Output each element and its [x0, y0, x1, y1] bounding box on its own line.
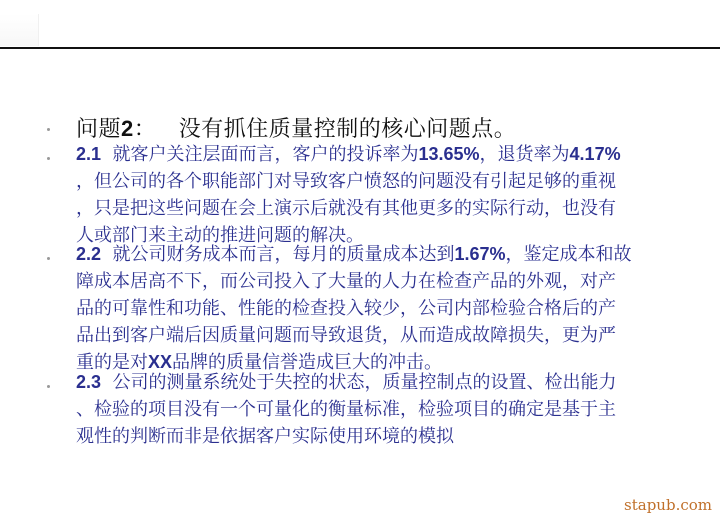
- item-2-2: 2.2 就公司财务成本而言，每月的质量成本达到1.67%，鉴定成本和故 障成本居…: [76, 241, 706, 376]
- complaint-rate: 13.65%: [418, 144, 479, 164]
- text-line: 观性的判断而非是依据客户实际使用环境的模拟: [76, 423, 706, 450]
- text-line: 、检验的项目没有一个可量化的衡量标准，检验项目的确定是基于主: [76, 396, 706, 423]
- header-rule: [0, 47, 720, 49]
- bullet-dot: [47, 257, 50, 260]
- watermark: stapub.com: [624, 496, 712, 514]
- logo-placeholder: [0, 14, 39, 46]
- text-line: 品出到客户端后因质量问题而导致退货，从而造成故障损失，更为严: [76, 322, 706, 349]
- text: 公司的测量系统处于失控的状态，质量控制点的设置、检出能力: [112, 372, 616, 393]
- quality-cost-rate: 1.67%: [454, 244, 505, 264]
- bullet-dot: [47, 157, 50, 160]
- item-number: 2.2: [76, 244, 101, 264]
- title-prefix: 问题: [76, 117, 121, 142]
- text: ，鉴定成本和故: [506, 244, 632, 265]
- text-line: ，但公司的各个职能部门对导致客户愤怒的问题没有引起足够的重视: [76, 168, 706, 195]
- item-number: 2.1: [76, 144, 101, 164]
- text: 就客户关注层面而言，客户的投诉率为: [112, 144, 418, 165]
- text: 就公司财务成本而言，每月的质量成本达到: [112, 244, 454, 265]
- return-rate: 4.17%: [570, 144, 621, 164]
- title-number: 2: [121, 116, 134, 141]
- bullet-dot: [47, 128, 50, 131]
- slide-title: 问题2： 没有抓住质量控制的核心问题点。: [76, 112, 516, 143]
- text: ，退货率为: [480, 144, 570, 165]
- item-2-3: 2.3 公司的测量系统处于失控的状态，质量控制点的设置、检出能力 、检验的项目没…: [76, 369, 706, 450]
- item-2-1: 2.1 就客户关注层面而言，客户的投诉率为13.65%，退货率为4.17% ，但…: [76, 141, 706, 249]
- item-number: 2.3: [76, 372, 101, 392]
- title-text: 没有抓住质量控制的核心问题点。: [179, 117, 517, 142]
- text-line: ，只是把这些问题在会上演示后就没有其他更多的实际行动，也没有: [76, 195, 706, 222]
- title-colon: ：: [134, 117, 157, 142]
- bullet-dot: [47, 385, 50, 388]
- text-line: 障成本居高不下，而公司投入了大量的人力在检查产品的外观，对产: [76, 268, 706, 295]
- text-line: 品的可靠性和功能、性能的检查投入较少，公司内部检验合格后的产: [76, 295, 706, 322]
